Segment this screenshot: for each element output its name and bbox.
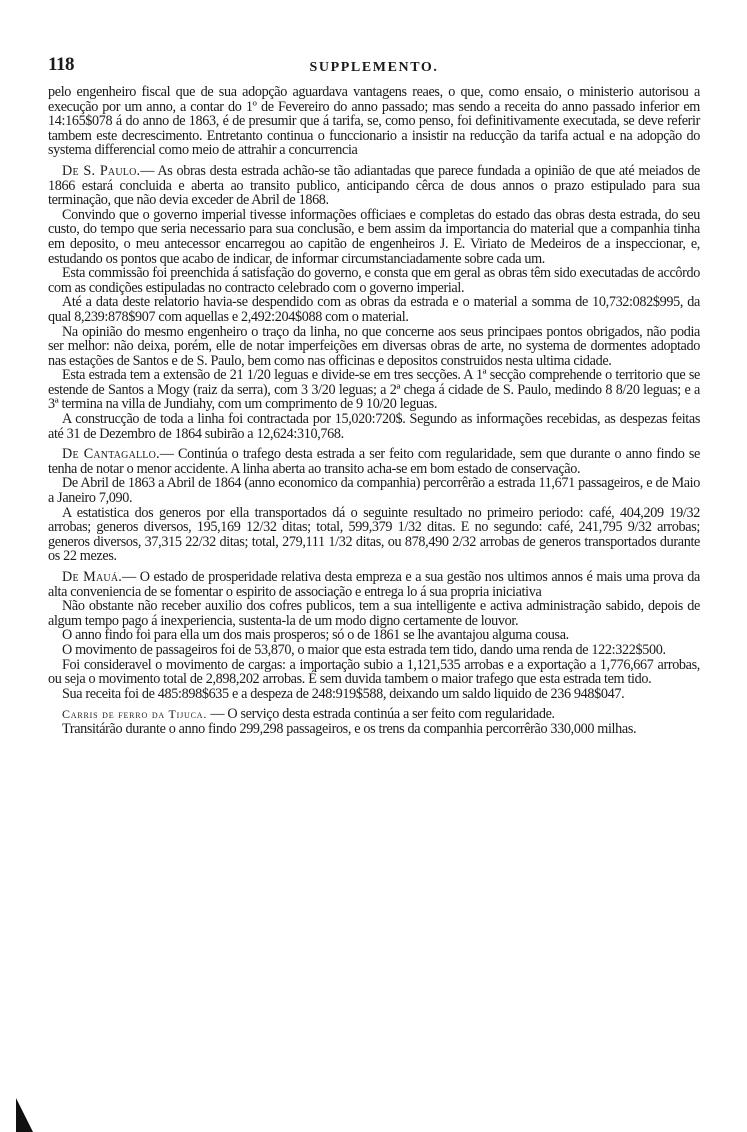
paragraph: O movimento de passageiros foi de 53,870… — [48, 643, 700, 658]
paragraph: Até a data deste relatorio havia-se desp… — [48, 295, 700, 324]
section-lead-paragraph: De Mauá.— O estado de prosperidade relat… — [48, 570, 700, 599]
section-lead-text: — As obras desta estrada achão-se tão ad… — [48, 163, 700, 208]
section-lead-text: — O serviço desta estrada continúa a ser… — [207, 706, 555, 722]
section-lead-text: — O estado de prosperidade relativa dest… — [48, 569, 700, 600]
paragraph: Sua receita foi de 485:898$635 e a despe… — [48, 687, 700, 702]
paragraph: Na opinião do mesmo engenheiro o traço d… — [48, 325, 700, 369]
section-tijuca: Carris de ferro da Tijuca. — O serviço d… — [48, 707, 700, 736]
paragraph: A estatistica dos generos por ella trans… — [48, 506, 700, 564]
paragraph: Transitárão durante o anno findo 299,298… — [48, 722, 700, 737]
section-title: De Mauá. — [62, 569, 122, 585]
page-header: 118 SUPPLEMENTO. — [48, 58, 700, 80]
section-sao-paulo: De S. Paulo.— As obras desta estrada ach… — [48, 164, 700, 441]
paragraph: Esta commissão foi preenchida á satisfaç… — [48, 266, 700, 295]
paragraph: De Abril de 1863 a Abril de 1864 (anno e… — [48, 476, 700, 505]
running-title: SUPPLEMENTO. — [48, 61, 700, 76]
paragraph: O anno findo foi para ella um dos mais p… — [48, 628, 700, 643]
section-maua: De Mauá.— O estado de prosperidade relat… — [48, 570, 700, 701]
paragraph: Foi consideravel o movimento de cargas: … — [48, 658, 700, 687]
document-page: 118 SUPPLEMENTO. pelo engenheiro fiscal … — [48, 58, 700, 737]
paragraph: A construcção de toda a linha foi contra… — [48, 412, 700, 441]
paragraph: Esta estrada tem a extensão de 21 1/20 l… — [48, 368, 700, 412]
section-title: De Cantagallo. — [62, 446, 160, 462]
section-title: De S. Paulo. — [62, 163, 140, 179]
intro-paragraph: pelo engenheiro fiscal que de sua adopçã… — [48, 85, 700, 158]
paragraph: Convindo que o governo imperial tivesse … — [48, 208, 700, 266]
section-lead-paragraph: De S. Paulo.— As obras desta estrada ach… — [48, 164, 700, 208]
section-lead-paragraph: Carris de ferro da Tijuca. — O serviço d… — [48, 707, 700, 722]
section-lead-paragraph: De Cantagallo.— Continúa o trafego desta… — [48, 447, 700, 476]
paragraph: Não obstante não receber auxilio dos cof… — [48, 599, 700, 628]
section-cantagallo: De Cantagallo.— Continúa o trafego desta… — [48, 447, 700, 564]
scan-artifact-mark — [16, 1098, 34, 1132]
section-title: Carris de ferro da Tijuca. — [62, 707, 207, 721]
